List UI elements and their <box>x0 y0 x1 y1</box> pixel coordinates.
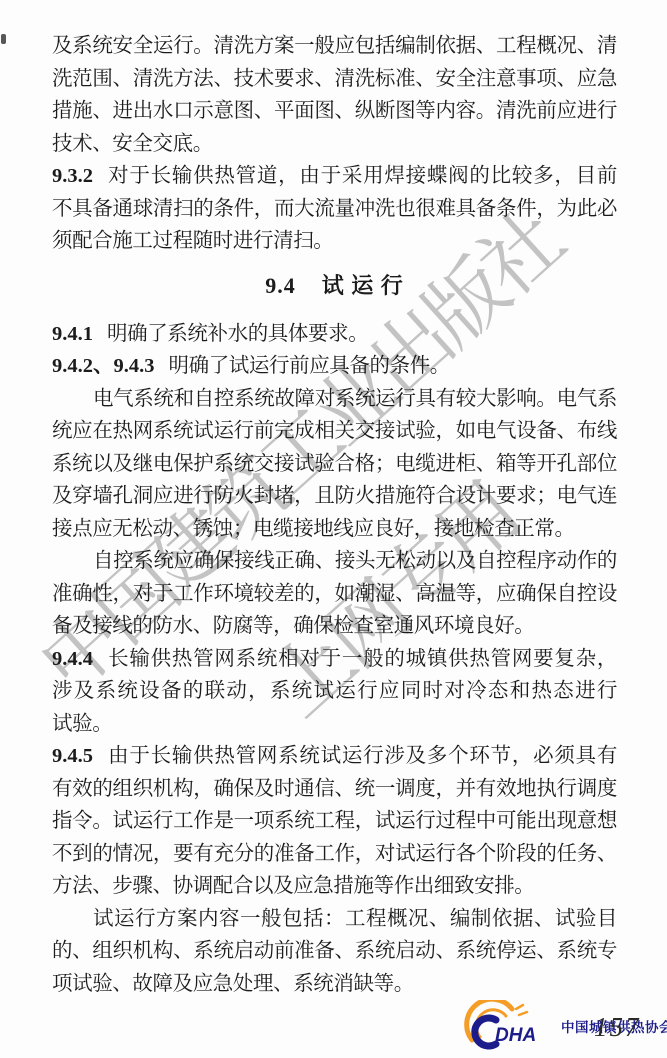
text-line: 备及接线的防水、防腐等，确保检查室通风环境良好。 <box>52 610 617 643</box>
text-line: 9.4.4长输供热管网系统相对于一般的城镇供热管网要复杂， <box>52 643 617 676</box>
text-line: 措施、进出水口示意图、平面图、纵断图等内容。清洗前应进行 <box>52 95 617 128</box>
text-line: 有效的组织机构，确保及时通信、统一调度，并有效地执行调度 <box>52 773 617 806</box>
scan-artifact <box>1 34 6 44</box>
section-number: 9.4.1 <box>52 323 93 345</box>
text-line: 项试验、故障及应急处理、系统消缺等。 <box>52 968 617 1001</box>
text-line: 电气系统和自控系统故障对系统运行具有较大影响。电气系 <box>52 383 617 416</box>
text-line: 自控系统应确保接线正确、接头无松动以及自控程序动作的 <box>52 545 617 578</box>
text-line: 由于长输供热管网系统试运行涉及多个环节，必须具有 <box>107 745 617 767</box>
text-line: 技术、安全交底。 <box>52 128 617 161</box>
text-line: 不到的情况，要有充分的准备工作，对试运行各个阶段的任务、 <box>52 838 617 871</box>
text-line: 涉及系统设备的联动，系统试运行应同时对冷态和热态进行 <box>52 675 617 708</box>
text-line: 的、组织机构、系统启动前准备、系统启动、系统停运、系统专 <box>52 935 617 968</box>
text-line: 9.4.5由于长输供热管网系统试运行涉及多个环节，必须具有 <box>52 740 617 773</box>
text-line: 明确了试运行前应具备的条件。 <box>169 355 450 377</box>
text-line: 指令。试运行工作是一项系统工程，试运行过程中可能出现意想 <box>52 805 617 838</box>
page-content: 及系统安全运行。清洗方案一般应包括编制依据、工程概况、清 洗范围、清洗方法、技术… <box>52 30 617 1000</box>
section-number: 9.4.2、9.4.3 <box>52 355 155 377</box>
text-line: 须配合施工过程随时进行清扫。 <box>52 225 617 258</box>
section-number: 9.4.5 <box>52 745 93 767</box>
text-line: 及系统安全运行。清洗方案一般应包括编制依据、工程概况、清 <box>52 30 617 63</box>
text-line: 长输供热管网系统相对于一般的城镇供热管网要复杂， <box>107 648 617 670</box>
text-line: 明确了系统补水的具体要求。 <box>107 323 368 345</box>
text-line: 及穿墙孔洞应进行防火封堵，且防火措施符合设计要求；电气连 <box>52 480 617 513</box>
text-line: 系统以及继电保护系统交接试验合格；电缆进柜、箱等开孔部位 <box>52 448 617 481</box>
text-line: 对于长输供热管道，由于采用焊接蝶阀的比较多，目前 <box>107 165 617 187</box>
logo-acronym: DHA <box>495 1025 536 1046</box>
text-line: 不具备通球清扫的条件，而大流量冲洗也很难具备条件，为此必 <box>52 193 617 226</box>
text-line: 接点应无松动、锈蚀；电缆接地线应良好，接地检查正常。 <box>52 513 617 546</box>
heading-number: 9.4 <box>265 266 296 306</box>
page-number: 157 <box>594 1012 641 1043</box>
section-number: 9.4.4 <box>52 648 93 670</box>
text-line: 洗范围、清洗方法、技术要求、清洗标准、安全注意事项、应急 <box>52 63 617 96</box>
heading-title: 试 运 行 <box>322 266 404 306</box>
text-line: 试运行方案内容一般包括：工程概况、编制依据、试验目 <box>52 903 617 936</box>
section-heading: 9.4 试 运 行 <box>52 266 617 306</box>
text-line: 9.4.1明确了系统补水的具体要求。 <box>52 318 617 351</box>
section-number: 9.3.2 <box>52 165 93 187</box>
document-page: 中国建筑工业出版社 上网专用 及系统安全运行。清洗方案一般应包括编制依据、工程概… <box>0 0 667 1058</box>
text-line: 准确性，对于工作环境较差的，如潮湿、高温等，应确保自控设 <box>52 578 617 611</box>
text-line: 9.3.2对于长输供热管道，由于采用焊接蝶阀的比较多，目前 <box>52 160 617 193</box>
text-line: 方法、步骤、协调配合以及应急措施等作出细致安排。 <box>52 870 617 903</box>
text-line: 9.4.2、9.4.3明确了试运行前应具备的条件。 <box>52 350 617 383</box>
text-line: 试验。 <box>52 708 617 741</box>
cdha-logo-icon: DHA <box>462 1000 557 1052</box>
text-line: 统应在热网系统试运行前完成相关交接试验，如电气设备、布线 <box>52 415 617 448</box>
